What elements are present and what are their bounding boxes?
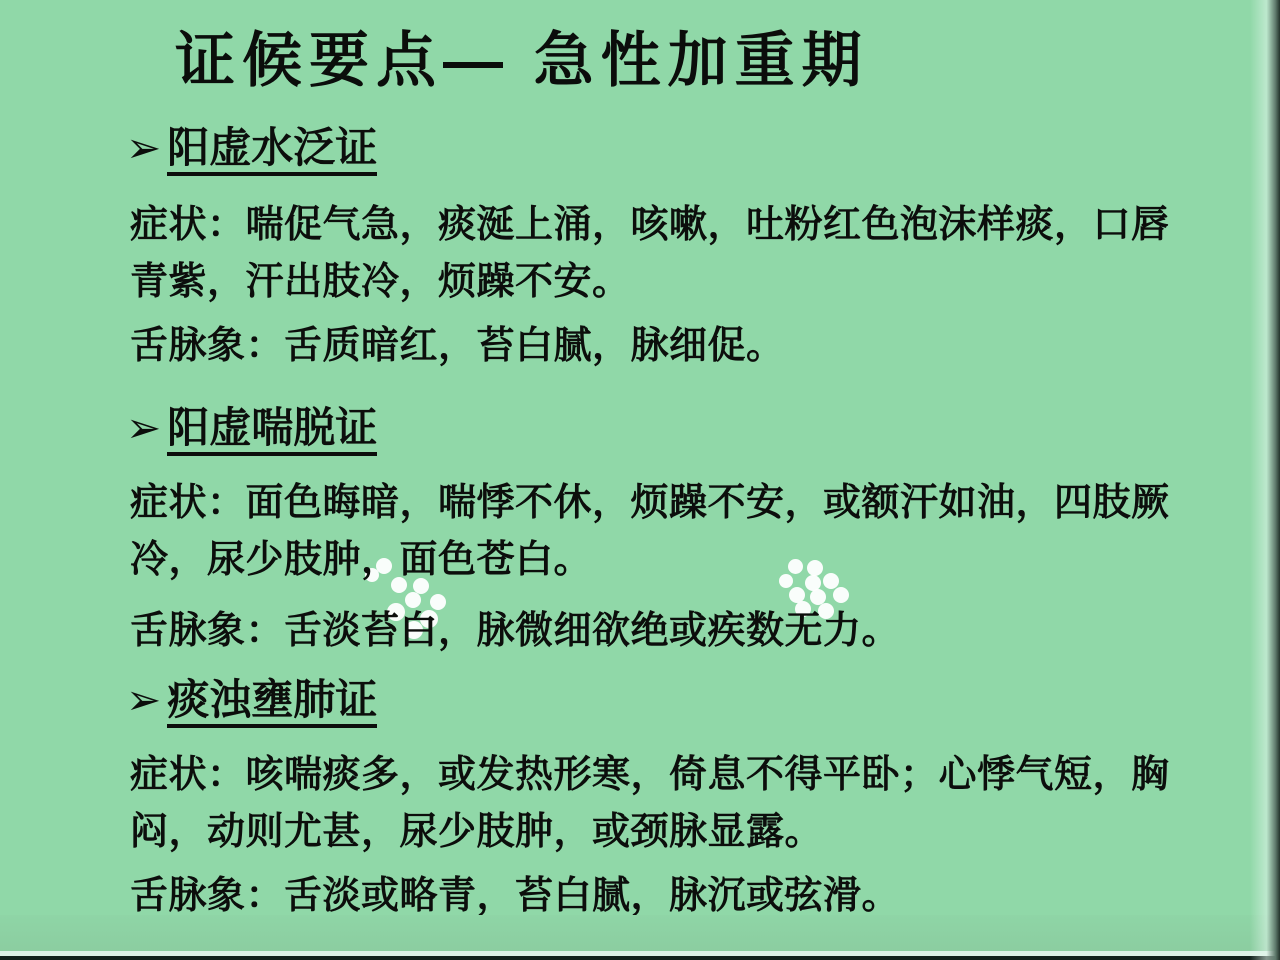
arrow-bullet-icon: ➢ <box>126 402 161 454</box>
symptoms-paragraph: 症状：咳喘痰多，或发热形寒，倚息不得平卧；心悸气短，胸闷，动则尤甚，尿少肢肿，或… <box>130 747 1170 861</box>
section-heading-yangxu-chuantuo: ➢阳虚喘脱证 <box>126 402 377 454</box>
slide-background: 证候要点— 急性加重期 ➢阳虚水泛证 症状：喘促气急，痰涎上涌，咳嗽，吐粉红色泡… <box>0 0 1280 960</box>
bottom-shade-band <box>0 915 1280 953</box>
section-heading-text: 痰浊壅肺证 <box>167 676 377 728</box>
section-heading-yangxu-shuifan: ➢阳虚水泛证 <box>126 122 377 174</box>
bottom-dark-line <box>0 956 1280 960</box>
right-edge-band <box>1250 0 1280 960</box>
symptoms-paragraph: 症状：面色晦暗，喘悸不休，烦躁不安，或额汗如油，四肢厥冷，尿少肢肿，面色苍白。 <box>130 475 1170 589</box>
section-heading-text: 阳虚喘脱证 <box>167 404 377 456</box>
slide-title: 证候要点— 急性加重期 <box>175 24 869 98</box>
section-heading-text: 阳虚水泛证 <box>167 124 377 176</box>
arrow-bullet-icon: ➢ <box>126 674 161 726</box>
tongue-pulse-paragraph: 舌脉象：舌质暗红，苔白腻，脉细促。 <box>130 318 1170 375</box>
section-heading-tanzhuo-yongfei: ➢痰浊壅肺证 <box>126 674 377 726</box>
tongue-pulse-paragraph: 舌脉象：舌淡苔白，脉微细欲绝或疾数无力。 <box>130 603 1170 660</box>
symptoms-paragraph: 症状：喘促气急，痰涎上涌，咳嗽，吐粉红色泡沫样痰，口唇青紫，汗出肢冷，烦躁不安。 <box>130 197 1170 311</box>
arrow-bullet-icon: ➢ <box>126 122 161 174</box>
